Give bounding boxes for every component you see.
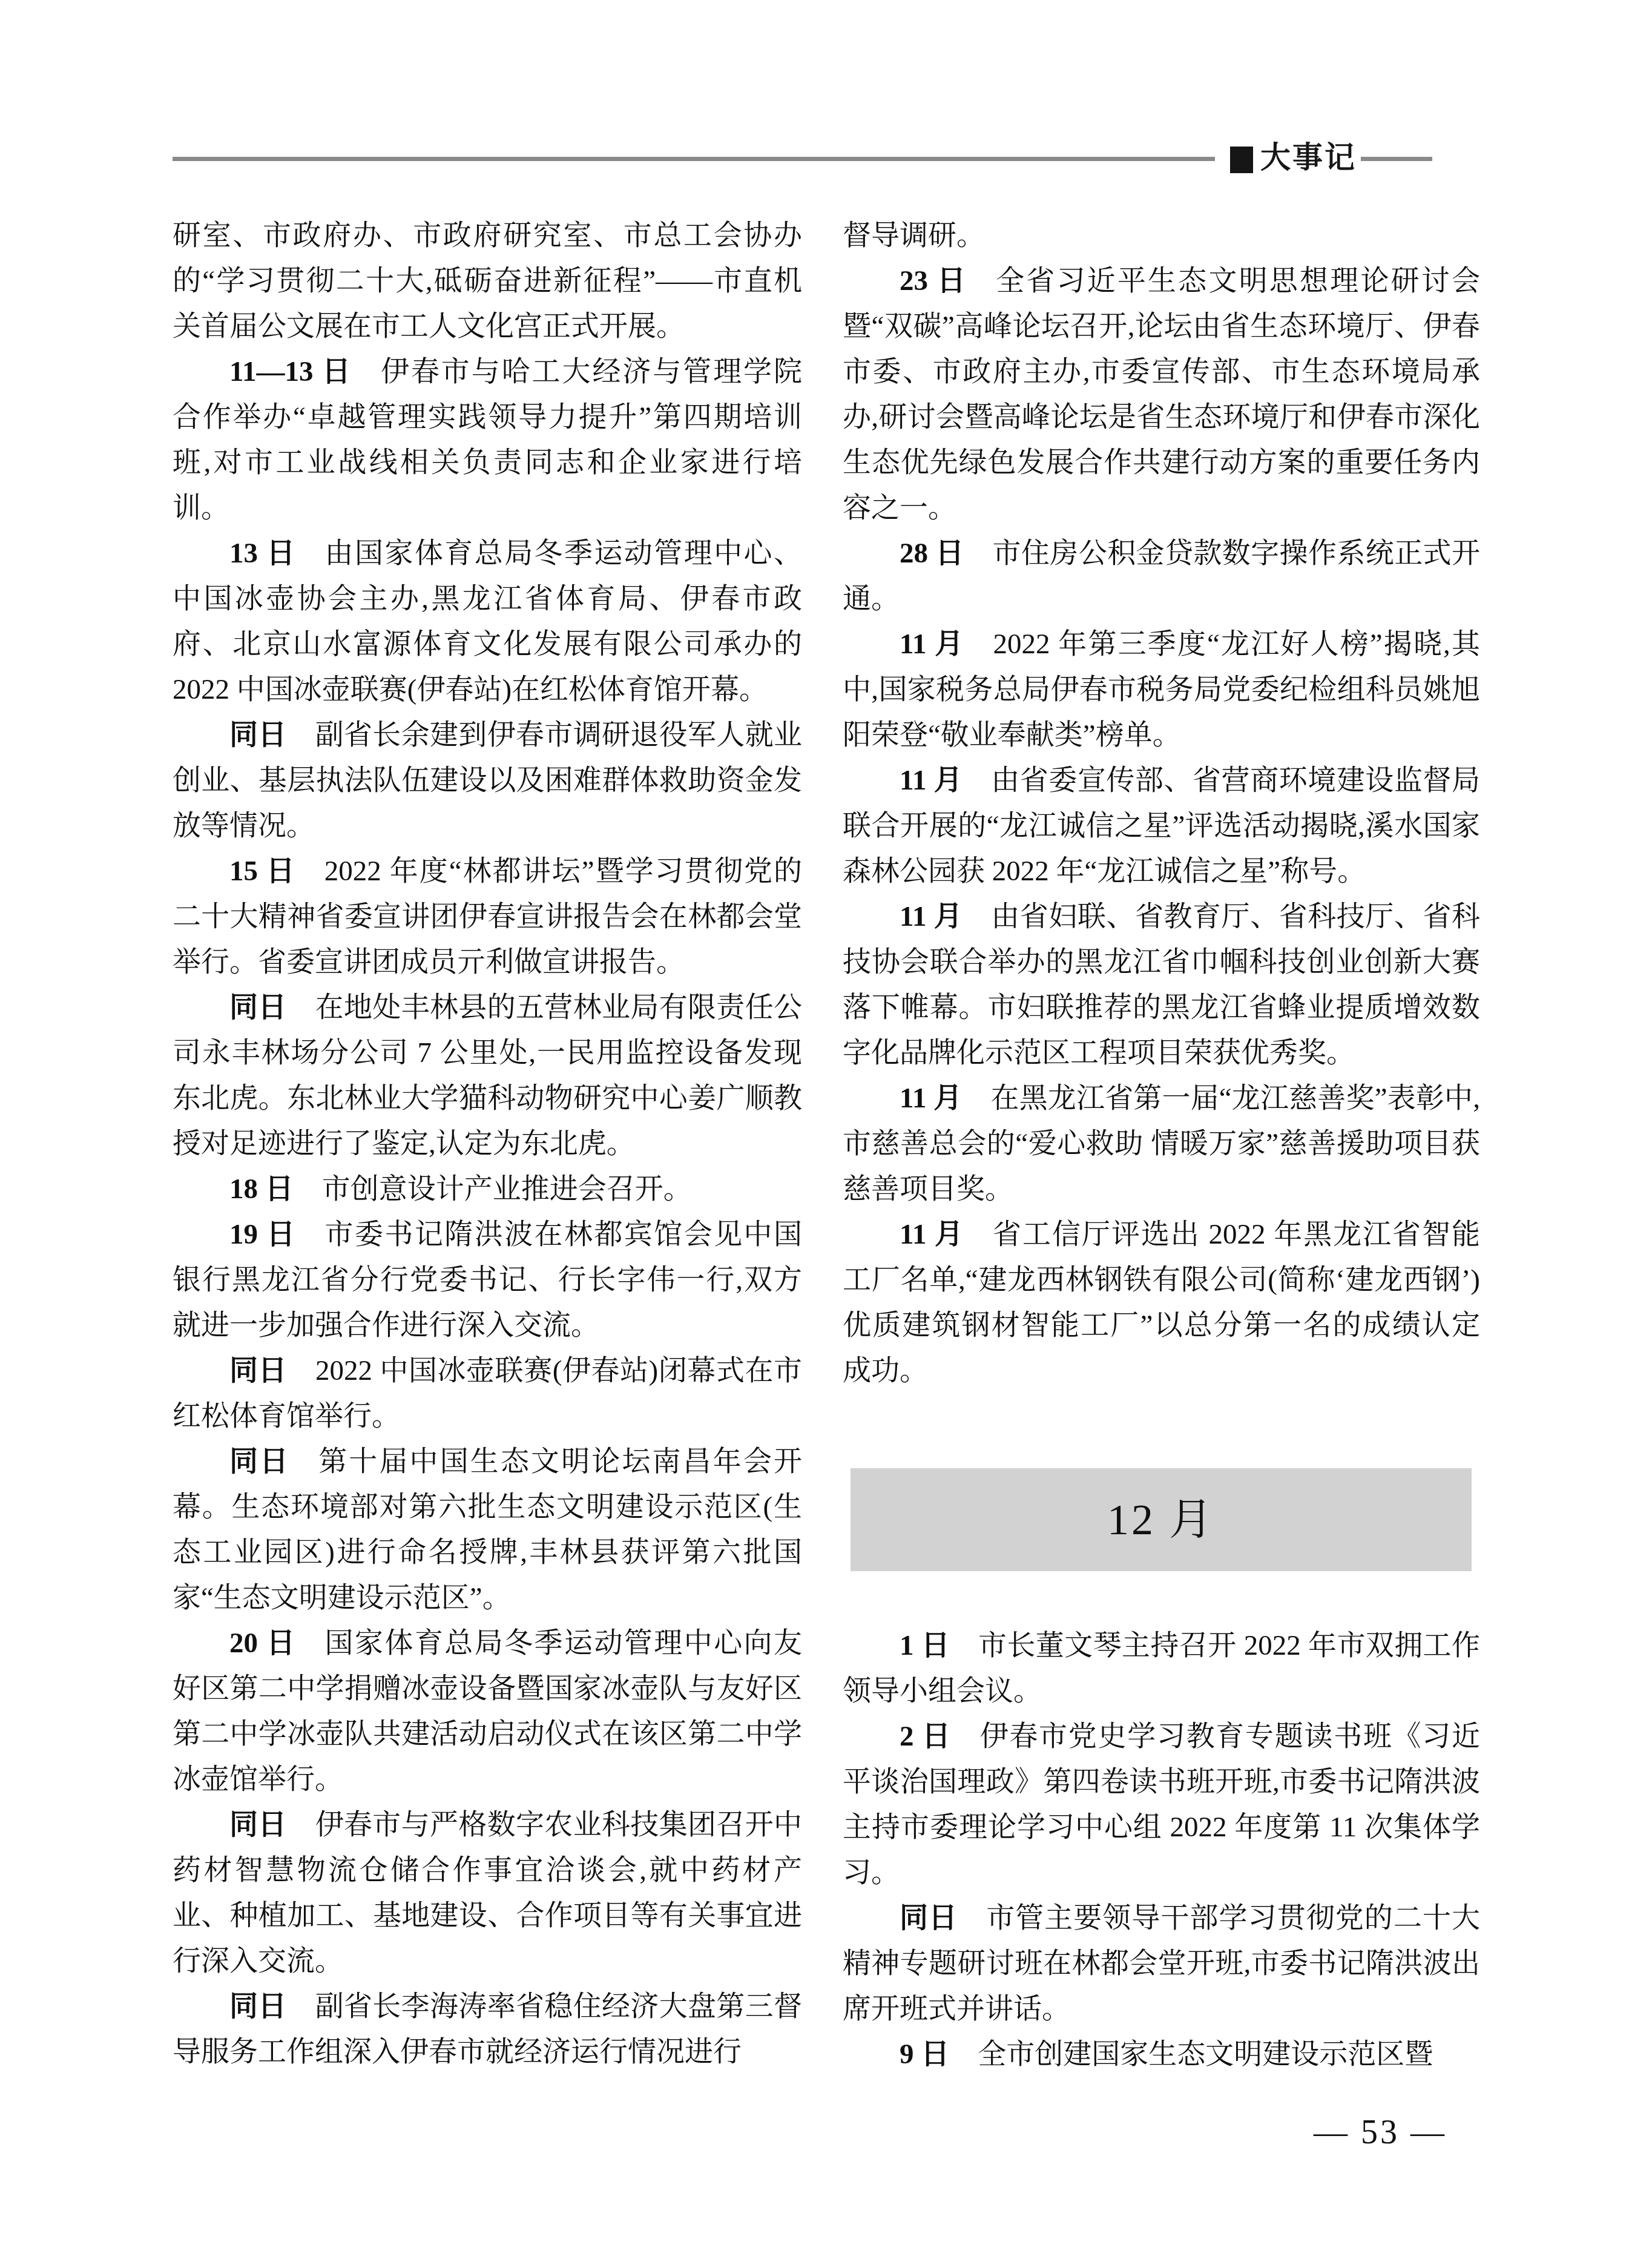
- section-marker-square-icon: [1230, 147, 1253, 173]
- left-text-column: 研室、市政府办、市政府研究室、市总工会协办的“学习贯彻二十大,砥砺奋进新征程”—…: [173, 213, 802, 2075]
- chronicle-entry: 2 日伊春市党史学习教育专题读书班《习近平谈治国理政》第四卷读书班开班,市委书记…: [843, 1714, 1480, 1896]
- entry-date: 11 月: [900, 628, 964, 660]
- entry-date: 9 日: [900, 2039, 949, 2070]
- entry-date: 11 月: [900, 1219, 964, 1250]
- chronicle-entry: 28 日市住房公积金贷款数字操作系统正式开通。: [843, 531, 1480, 622]
- chronicle-entry: 同日在地处丰林县的五营林业局有限责任公司永丰林场分公司 7 公里处,一民用监控设…: [173, 985, 802, 1167]
- chronicle-entry: 1 日市长董文琴主持召开 2022 年市双拥工作领导小组会议。: [843, 1623, 1480, 1714]
- chronicle-entry: 同日副省长余建到伊春市调研退役军人就业创业、基层执法队伍建设以及困难群体救助资金…: [173, 713, 802, 849]
- entry-text: 督导调研。: [843, 220, 985, 251]
- entry-date: 1 日: [900, 1630, 950, 1661]
- chronicle-entry: 19 日市委书记隋洪波在林都宾馆会见中国银行黑龙江省分行党委书记、行长字伟一行,…: [173, 1212, 802, 1348]
- running-head-title: 大事记: [1260, 142, 1357, 173]
- entry-date: 同日: [229, 1809, 287, 1841]
- chronicle-entry: 11 月2022 年第三季度“龙江好人榜”揭晓,其中,国家税务总局伊春市税务局党…: [843, 622, 1480, 758]
- chronicle-entry: 11 月由省委宣传部、省营商环境建设监督局联合开展的“龙江诚信之星”评选活动揭晓…: [843, 758, 1480, 894]
- entry-date: 11 月: [900, 765, 963, 796]
- entry-text: 研室、市政府办、市政府研究室、市总工会协办的“学习贯彻二十大,砥砺奋进新征程”—…: [173, 220, 802, 342]
- entry-date: 同日: [229, 992, 287, 1023]
- chronicle-entry: 11 月省工信厅评选出 2022 年黑龙江省智能工厂名单,“建龙西林钢铁有限公司…: [843, 1212, 1480, 1394]
- entry-text: 市创意设计产业推进会召开。: [322, 1173, 692, 1205]
- chronicle-page: 大事记 研室、市政府办、市政府研究室、市总工会协办的“学习贯彻二十大,砥砺奋进新…: [0, 0, 1652, 2242]
- chronicle-entry: 同日第十届中国生态文明论坛南昌年会开幕。生态环境部对第六批生态文明建设示范区(生…: [173, 1439, 802, 1621]
- page-number: — 53 —: [1314, 2114, 1447, 2151]
- header-rule-left: [173, 157, 1215, 161]
- entry-date: 同日: [229, 1991, 287, 2022]
- chronicle-entry: 11 月由省妇联、省教育厅、省科技厅、省科技协会联合举办的黑龙江省巾帼科技创业创…: [843, 894, 1480, 1076]
- right-text-column-december: 1 日市长董文琴主持召开 2022 年市双拥工作领导小组会议。2 日伊春市党史学…: [843, 1623, 1480, 2077]
- chronicle-entry: 18 日市创意设计产业推进会召开。: [173, 1167, 802, 1212]
- entry-text: 全市创建国家生态文明建设示范区暨: [978, 2039, 1433, 2070]
- entry-date: 11—13 日: [229, 356, 352, 387]
- entry-date: 15 日: [229, 856, 296, 887]
- chronicle-entry: 同日2022 中国冰壶联赛(伊春站)闭幕式在市红松体育馆举行。: [173, 1348, 802, 1439]
- entry-date: 同日: [229, 719, 287, 751]
- chronicle-entry: 同日伊春市与严格数字农业科技集团召开中药材智慧物流仓储合作事宜洽谈会,就中药材产…: [173, 1802, 802, 1984]
- chronicle-entry: 督导调研。: [843, 213, 1480, 259]
- entry-date: 13 日: [229, 538, 297, 569]
- chronicle-entry: 13 日由国家体育总局冬季运动管理中心、中国冰壶协会主办,黑龙江省体育局、伊春市…: [173, 531, 802, 713]
- entry-date: 同日: [229, 1446, 290, 1477]
- chronicle-entry: 11 月在黑龙江省第一届“龙江慈善奖”表彰中,市慈善总会的“爱心救助 情暖万家”…: [843, 1076, 1480, 1212]
- entry-date: 19 日: [229, 1219, 297, 1250]
- chronicle-entry: 23 日全省习近平生态文明思想理论研讨会暨“双碳”高峰论坛召开,论坛由省生态环境…: [843, 259, 1480, 531]
- chronicle-entry: 同日市管主要领导干部学习贯彻党的二十大精神专题研讨班在林都会堂开班,市委书记隋洪…: [843, 1896, 1480, 2032]
- entry-date: 11 月: [900, 901, 963, 932]
- right-text-column-november: 督导调研。23 日全省习近平生态文明思想理论研讨会暨“双碳”高峰论坛召开,论坛由…: [843, 213, 1480, 1394]
- december-section-banner: 12 月: [851, 1468, 1472, 1571]
- entry-text: 全省习近平生态文明思想理论研讨会暨“双碳”高峰论坛召开,论坛由省生态环境厅、伊春…: [843, 265, 1480, 524]
- entry-date: 同日: [229, 1355, 287, 1386]
- entry-date: 2 日: [900, 1721, 952, 1752]
- chronicle-entry: 研室、市政府办、市政府研究室、市总工会协办的“学习贯彻二十大,砥砺奋进新征程”—…: [173, 213, 802, 349]
- entry-date: 11 月: [900, 1083, 963, 1114]
- chronicle-entry: 11—13 日伊春市与哈工大经济与管理学院合作举办“卓越管理实践领导力提升”第四…: [173, 349, 802, 531]
- entry-date: 23 日: [900, 265, 967, 297]
- entry-date: 28 日: [900, 538, 964, 569]
- entry-date: 同日: [900, 1902, 958, 1934]
- chronicle-entry: 20 日国家体育总局冬季运动管理中心向友好区第二中学捐赠冰壶设备暨国家冰壶队与友…: [173, 1621, 802, 1802]
- header-rule-right: [1361, 157, 1432, 161]
- chronicle-entry: 9 日全市创建国家生态文明建设示范区暨: [843, 2032, 1480, 2077]
- chronicle-entry: 15 日2022 年度“林都讲坛”暨学习贯彻党的二十大精神省委宣讲团伊春宣讲报告…: [173, 849, 802, 985]
- entry-date: 20 日: [229, 1627, 297, 1659]
- entry-date: 18 日: [229, 1173, 294, 1205]
- chronicle-entry: 同日副省长李海涛率省稳住经济大盘第三督导服务工作组深入伊春市就经济运行情况进行: [173, 1984, 802, 2075]
